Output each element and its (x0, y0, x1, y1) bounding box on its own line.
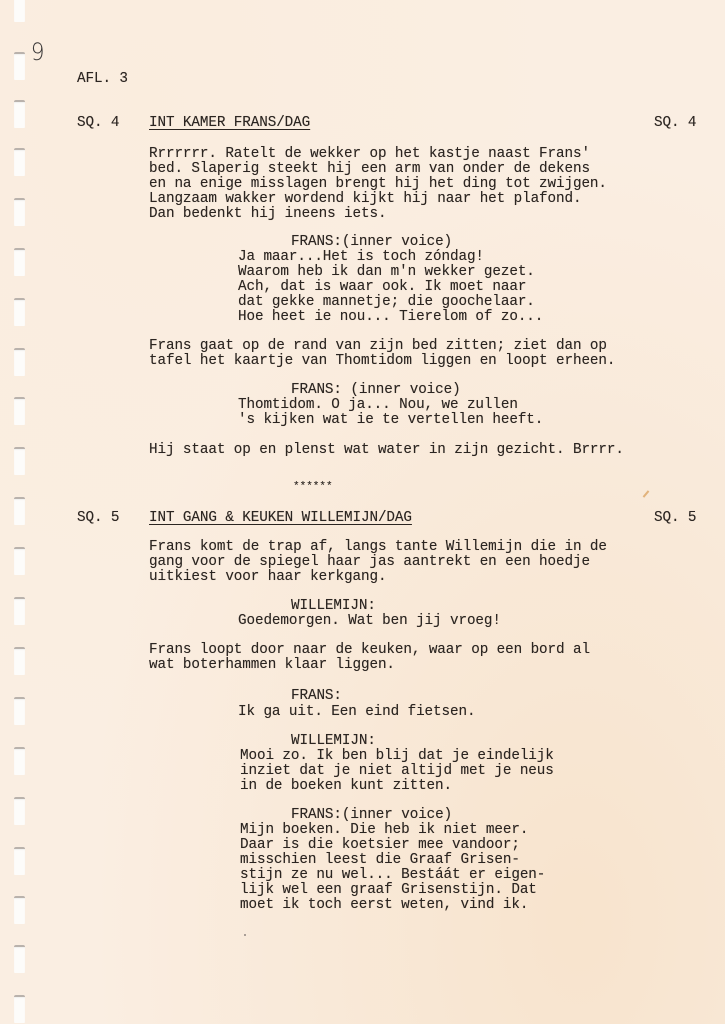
action-block: Hij staat op en plenst wat water in zijn… (149, 443, 624, 458)
binder-hole (14, 0, 25, 22)
scene-separator: ****** (293, 480, 333, 495)
action-block: Frans gaat op de rand van zijn bed zitte… (149, 339, 615, 369)
dialogue-block: Thomtidom. O ja... Nou, we zullen 's kij… (238, 398, 543, 428)
scene-number-right: SQ. 4 (654, 116, 696, 131)
scene-number-left: SQ. 5 (77, 511, 119, 526)
binder-hole (14, 52, 25, 80)
binder-hole (14, 945, 25, 973)
character-cue: WILLEMIJN: (291, 599, 376, 614)
binder-hole (14, 248, 25, 276)
character-cue: FRANS:(inner voice) (291, 808, 452, 823)
binder-hole (14, 747, 25, 775)
scene-number-right: SQ. 5 (654, 511, 696, 526)
binder-hole (14, 896, 25, 924)
binder-holes (14, 0, 28, 1024)
handwritten-page-number: 9 (31, 38, 45, 66)
binder-hole (14, 697, 25, 725)
binder-hole (14, 497, 25, 525)
paper-speck (244, 934, 246, 936)
binder-hole (14, 797, 25, 825)
scene-number-left: SQ. 4 (77, 116, 119, 131)
binder-hole (14, 995, 25, 1023)
scene-heading: INT GANG & KEUKEN WILLEMIJN/DAG (149, 511, 412, 526)
binder-hole (14, 198, 25, 226)
binder-hole (14, 597, 25, 625)
character-cue: FRANS: (inner voice) (291, 383, 461, 398)
binder-hole (14, 447, 25, 475)
binder-hole (14, 397, 25, 425)
binder-hole (14, 547, 25, 575)
action-block: Rrrrrrr. Ratelt de wekker op het kastje … (149, 147, 607, 222)
dialogue-block: Ja maar...Het is toch zóndag! Waarom heb… (238, 250, 543, 325)
binder-hole (14, 298, 25, 326)
binder-hole (14, 100, 25, 128)
character-cue: FRANS:(inner voice) (291, 235, 452, 250)
dialogue-block: Goedemorgen. Wat ben jij vroeg! (238, 614, 501, 629)
binder-hole (14, 148, 25, 176)
scene-heading: INT KAMER FRANS/DAG (149, 116, 310, 131)
binder-hole (14, 647, 25, 675)
episode-label: AFL. 3 (77, 72, 128, 87)
character-cue: FRANS: (291, 689, 342, 704)
dialogue-block: Ik ga uit. Een eind fietsen. (238, 705, 475, 720)
dialogue-block: Mijn boeken. Die heb ik niet meer. Daar … (240, 823, 545, 913)
dialogue-block: Mooi zo. Ik ben blij dat je eindelijk in… (240, 749, 554, 794)
action-block: Frans loopt door naar de keuken, waar op… (149, 643, 590, 673)
binder-hole (14, 348, 25, 376)
action-block: Frans komt de trap af, langs tante Wille… (149, 540, 607, 585)
character-cue: WILLEMIJN: (291, 734, 376, 749)
binder-hole (14, 847, 25, 875)
